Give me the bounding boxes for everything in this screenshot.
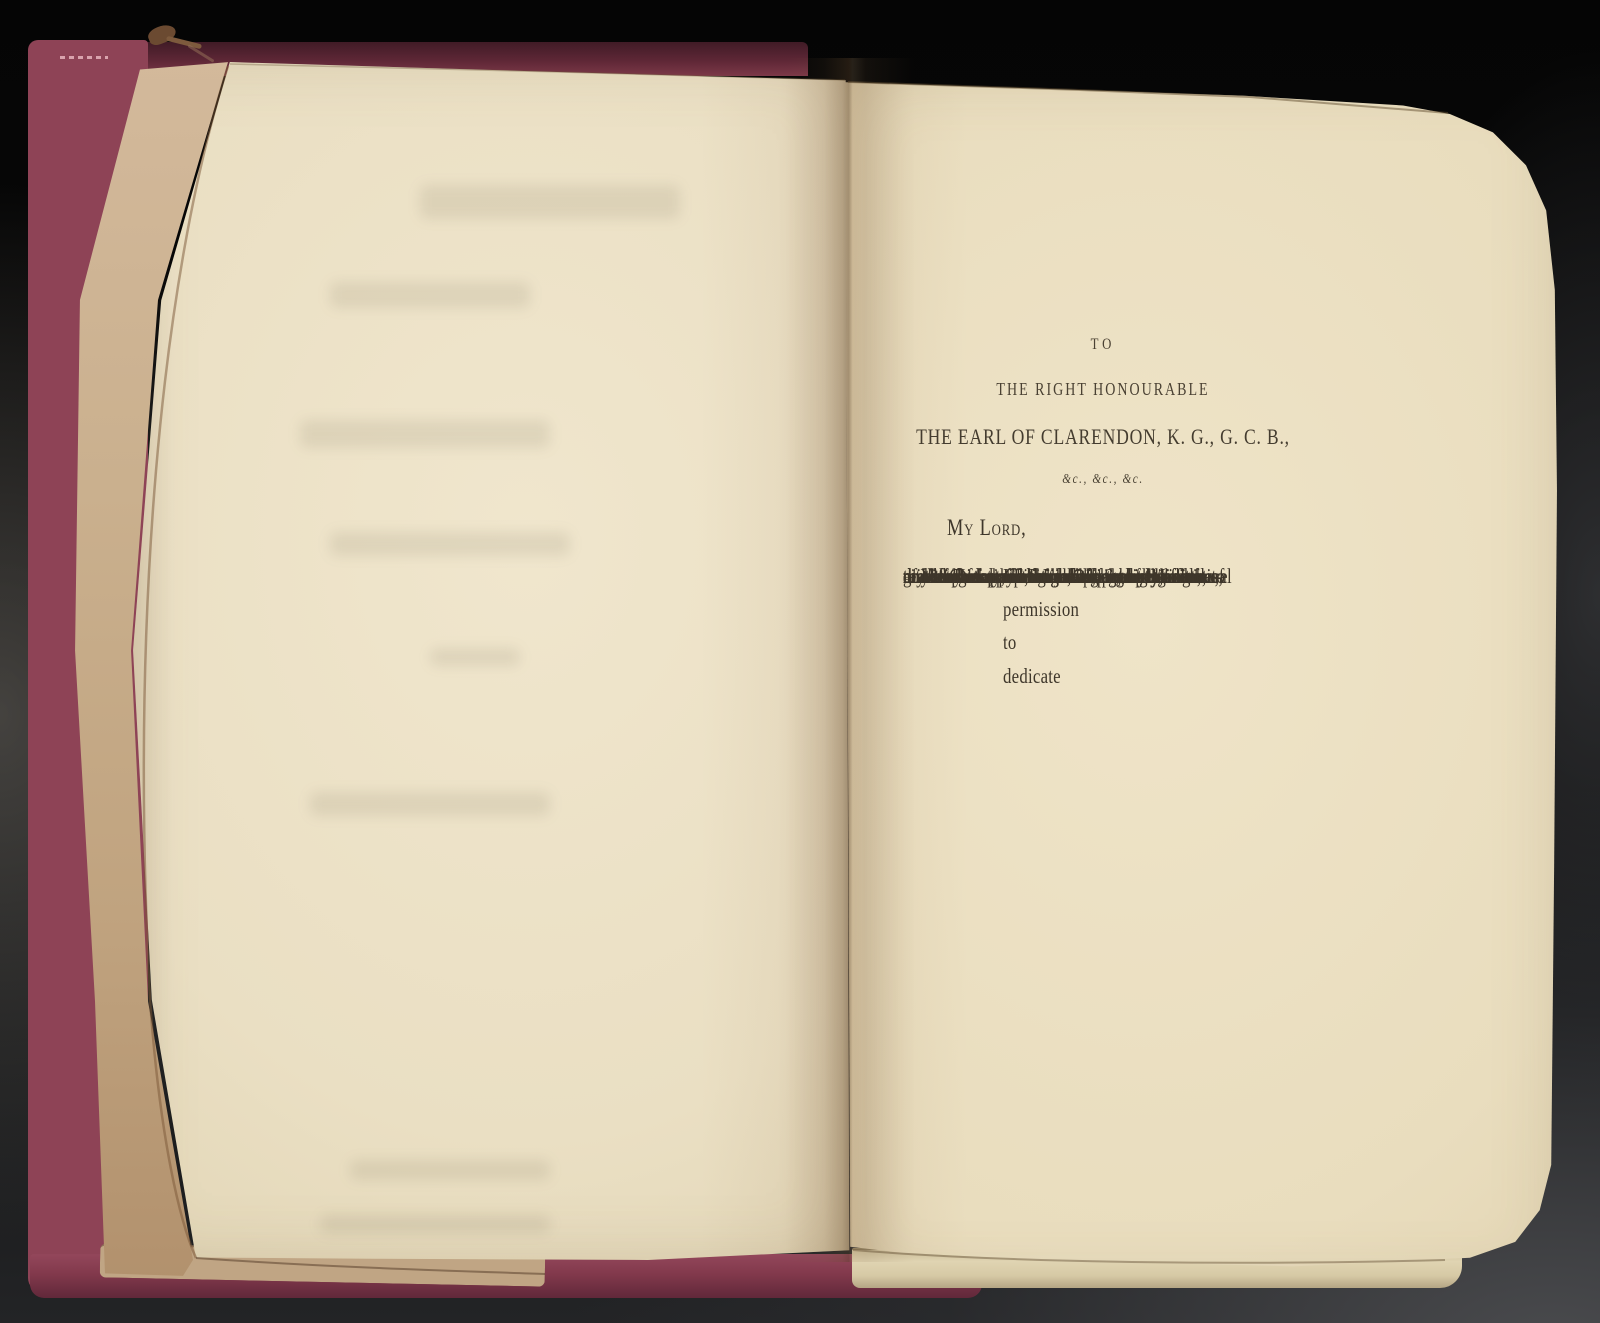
showthrough-ghost-line — [420, 185, 680, 219]
dedication-dedicatee-line: THE EARL OF CLARENDON, K. G., G. C. B., — [903, 422, 1303, 452]
dedication-etc-line: &c., &c., &c. — [903, 471, 1303, 489]
right-dedication-page: TO THE RIGHT HONOURABLE THE EARL OF CLAR… — [843, 70, 1562, 1292]
showthrough-ghost-line — [320, 1215, 550, 1233]
cover-stitching — [60, 56, 108, 59]
dedication-text-block: TO THE RIGHT HONOURABLE THE EARL OF CLAR… — [903, 334, 1303, 560]
body-line: the entire satisfaction of his Sovereign… — [903, 560, 1225, 593]
showthrough-ghost-line — [330, 532, 570, 556]
left-blank-page — [128, 56, 850, 1266]
showthrough-ghost-line — [330, 282, 530, 308]
showthrough-ghost-line — [350, 1160, 550, 1180]
showthrough-ghost-line — [310, 792, 550, 816]
dedication-honorific-line: THE RIGHT HONOURABLE — [903, 378, 1303, 400]
showthrough-ghost-line — [430, 648, 520, 666]
dedication-salutation: My Lord, — [903, 514, 1303, 542]
showthrough-ghost-line — [300, 420, 550, 448]
dedication-to-line: TO — [903, 334, 1303, 356]
open-book-photograph: TO THE RIGHT HONOURABLE THE EARL OF CLAR… — [0, 0, 1600, 1323]
